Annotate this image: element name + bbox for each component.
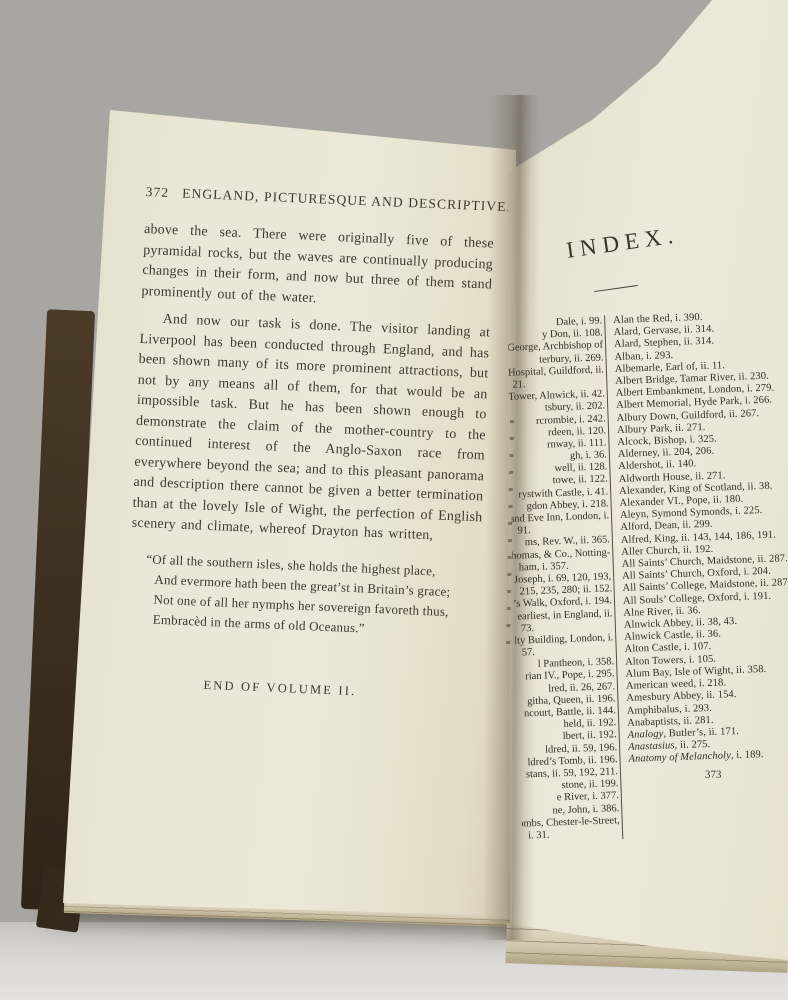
index-title: INDEX. bbox=[565, 222, 681, 264]
index-right-column: Alan the Red, i. 390.Alard, Gervase, ii.… bbox=[604, 309, 788, 839]
left-page-content: 372 ENGLAND, PICTURESQUE AND DESCRIPTIVE… bbox=[125, 184, 496, 704]
body-paragraph: And now our task is done. The visitor la… bbox=[131, 309, 490, 549]
poem-quote: “Of all the southern isles, she holds th… bbox=[143, 549, 470, 642]
right-page: INDEX. Dale, i. 99.y Don, ii. 108., Geor… bbox=[500, 0, 788, 980]
running-header: 372 ENGLAND, PICTURESQUE AND DESCRIPTIVE… bbox=[145, 184, 495, 215]
index-columns: Dale, i. 99.y Don, ii. 108., George, Arc… bbox=[504, 309, 788, 843]
page-number-left: 372 bbox=[145, 184, 169, 201]
body-paragraph: above the sea. There were originally fiv… bbox=[141, 220, 494, 317]
index-title-rule bbox=[594, 285, 638, 292]
left-page: 372 ENGLAND, PICTURESQUE AND DESCRIPTIVE… bbox=[58, 102, 520, 920]
index-page-number: 373 bbox=[629, 767, 788, 782]
end-of-volume-label: END OF VOLUME II. bbox=[125, 674, 435, 702]
body-text: above the sea. There were originally fiv… bbox=[131, 220, 494, 549]
running-title: ENGLAND, PICTURESQUE AND DESCRIPTIVE. bbox=[182, 186, 511, 216]
index-entry-list: Alan the Red, i. 390.Alard, Gervase, ii.… bbox=[613, 309, 788, 766]
index-left-column: Dale, i. 99.y Don, ii. 108., George, Arc… bbox=[504, 315, 622, 842]
index-entry-fragment: i. 31. bbox=[522, 827, 622, 843]
